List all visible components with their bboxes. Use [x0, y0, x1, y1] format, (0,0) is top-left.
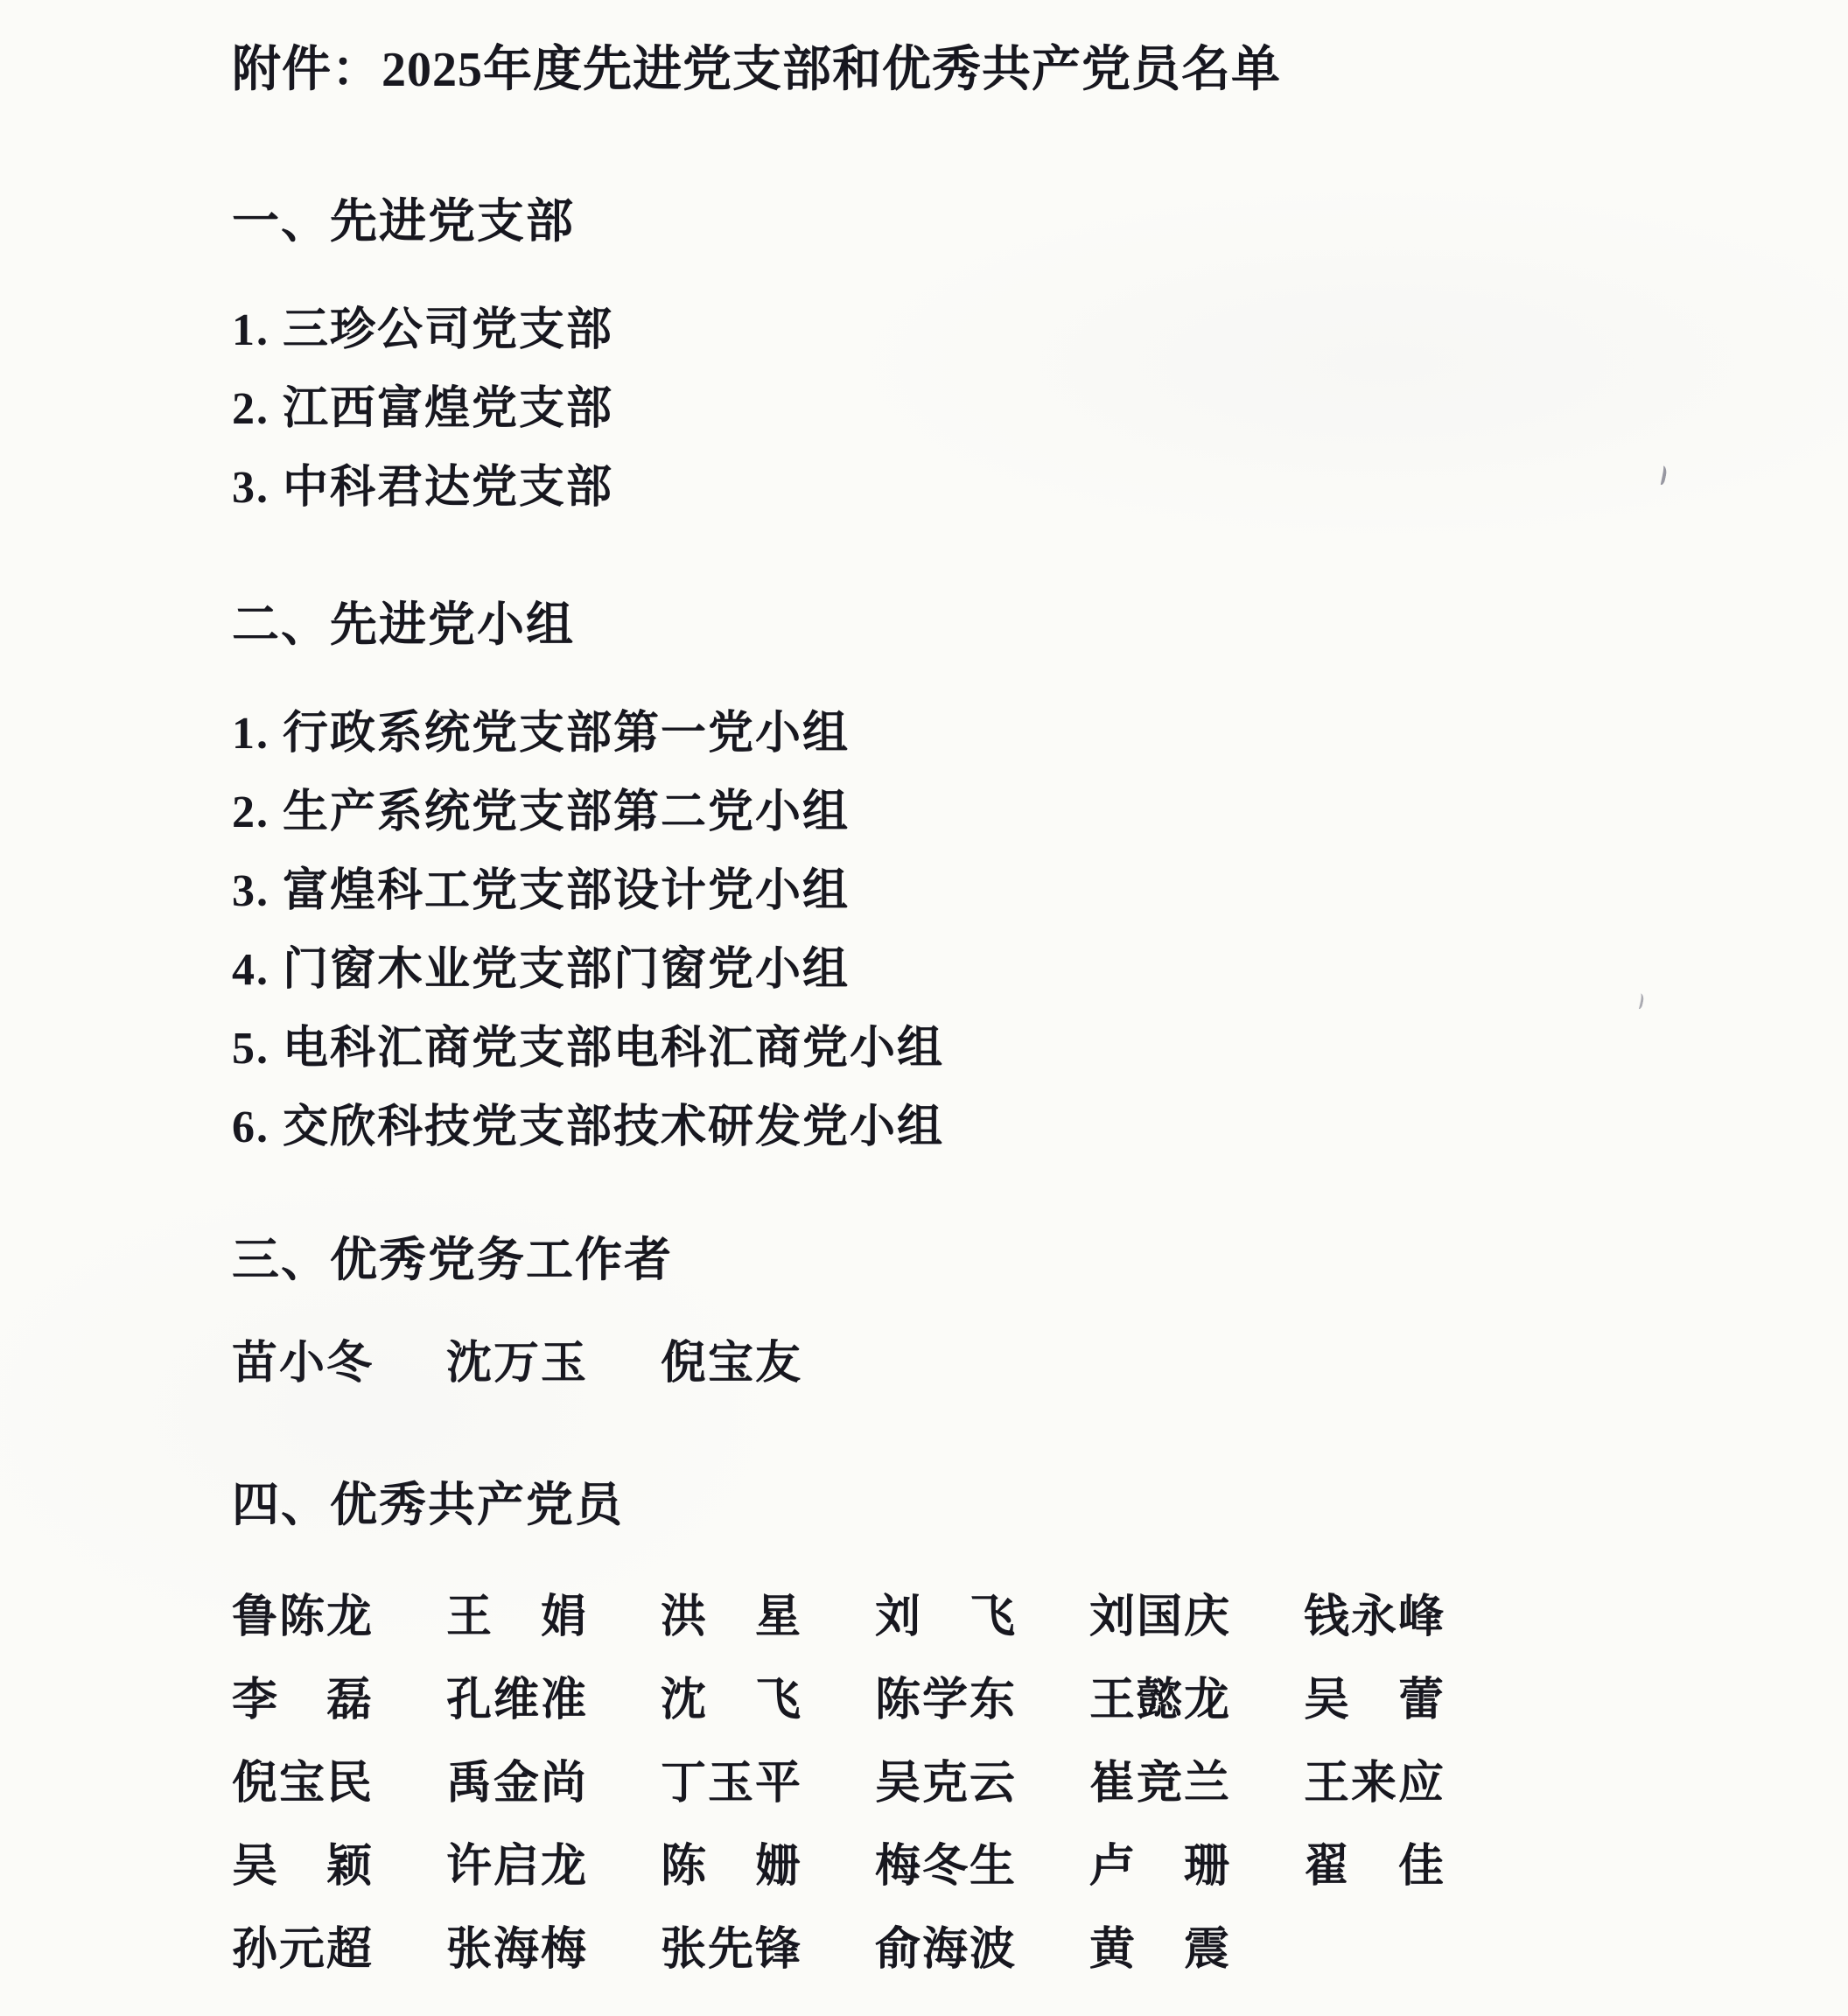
person-name: 张先锋 [661, 1928, 875, 1973]
person-name: 陈学东 [875, 1678, 1089, 1724]
party-worker-name-row: 苗小冬 沈万玉 倪宝友 [232, 1341, 1743, 1387]
person-name: 倪宝民 [232, 1761, 446, 1807]
person-name: 孔维准 [446, 1678, 661, 1724]
person-name: 张海梅 [446, 1928, 661, 1973]
person-name: 丁玉平 [661, 1761, 875, 1807]
list-item: 5. 电科汇商党支部电科汇商党小组 [232, 1026, 1743, 1072]
person-name: 崔竞兰 [1089, 1761, 1304, 1807]
list-item: 4. 门窗木业党支部门窗党小组 [232, 948, 1743, 993]
person-name: 许启龙 [446, 1844, 661, 1890]
person-name: 陈 姗 [661, 1844, 875, 1890]
scanned-document-page: 附件：2025年度先进党支部和优秀共产党员名单 一、先进党支部 1. 三珍公司党… [0, 0, 1848, 2016]
person-name: 鲁陈龙 [232, 1595, 446, 1641]
person-name: 刘 飞 [875, 1595, 1089, 1641]
list-item: 2. 江西富煌党支部 [232, 387, 1743, 432]
person-name: 沈万玉 [446, 1341, 661, 1387]
person-name: 吴 蕾 [1304, 1678, 1518, 1724]
person-name: 禹金尚 [446, 1761, 661, 1807]
person-name: 李 磊 [232, 1678, 446, 1724]
person-name: 王懿龙 [1089, 1678, 1304, 1724]
person-name: 钱永峰 [1304, 1595, 1518, 1641]
list-item: 6. 交欣科技党支部技术研发党小组 [232, 1105, 1743, 1151]
person-name: 王来应 [1304, 1761, 1518, 1807]
person-name: 王 娟 [446, 1595, 661, 1641]
section-heading-advanced-branches: 一、先进党支部 [232, 198, 1743, 245]
person-name: 翟 佳 [1304, 1844, 1518, 1890]
person-name: 刘国庆 [1089, 1595, 1304, 1641]
document-content: 附件：2025年度先进党支部和优秀共产党员名单 一、先进党支部 1. 三珍公司党… [232, 45, 1743, 1973]
document-title: 附件：2025年度先进党支部和优秀共产党员名单 [232, 45, 1743, 94]
section-heading-outstanding-members: 四、优秀共产党员 [232, 1481, 1743, 1529]
person-name: 洪 星 [661, 1595, 875, 1641]
person-name: 吴 颖 [232, 1844, 446, 1890]
list-item: 2. 生产系统党支部第二党小组 [232, 790, 1743, 836]
section-heading-outstanding-workers: 三、优秀党务工作者 [232, 1236, 1743, 1284]
person-name: 沈 飞 [661, 1678, 875, 1724]
list-item: 1. 三珍公司党支部 [232, 308, 1743, 353]
list-item: 3. 中科君达党支部 [232, 465, 1743, 511]
section-heading-advanced-groups: 二、先进党小组 [232, 601, 1743, 648]
list-item: 1. 行政系统党支部第一党小组 [232, 711, 1743, 757]
person-name: 倪宝友 [661, 1341, 875, 1387]
party-member-name-grid: 鲁陈龙 王 娟 洪 星 刘 飞 刘国庆 钱永峰 李 磊 孔维准 沈 飞 陈学东 … [232, 1595, 1743, 1973]
person-name: 孙元超 [232, 1928, 446, 1973]
person-name: 卢 珊 [1089, 1844, 1304, 1890]
person-name: 苗小冬 [232, 1341, 446, 1387]
person-name: 吴克云 [875, 1761, 1089, 1807]
person-name: 俞海波 [875, 1928, 1089, 1973]
list-item: 3. 富煌科工党支部设计党小组 [232, 869, 1743, 914]
person-name: 黄 震 [1089, 1928, 1304, 1973]
person-name: 梅冬生 [875, 1844, 1089, 1890]
